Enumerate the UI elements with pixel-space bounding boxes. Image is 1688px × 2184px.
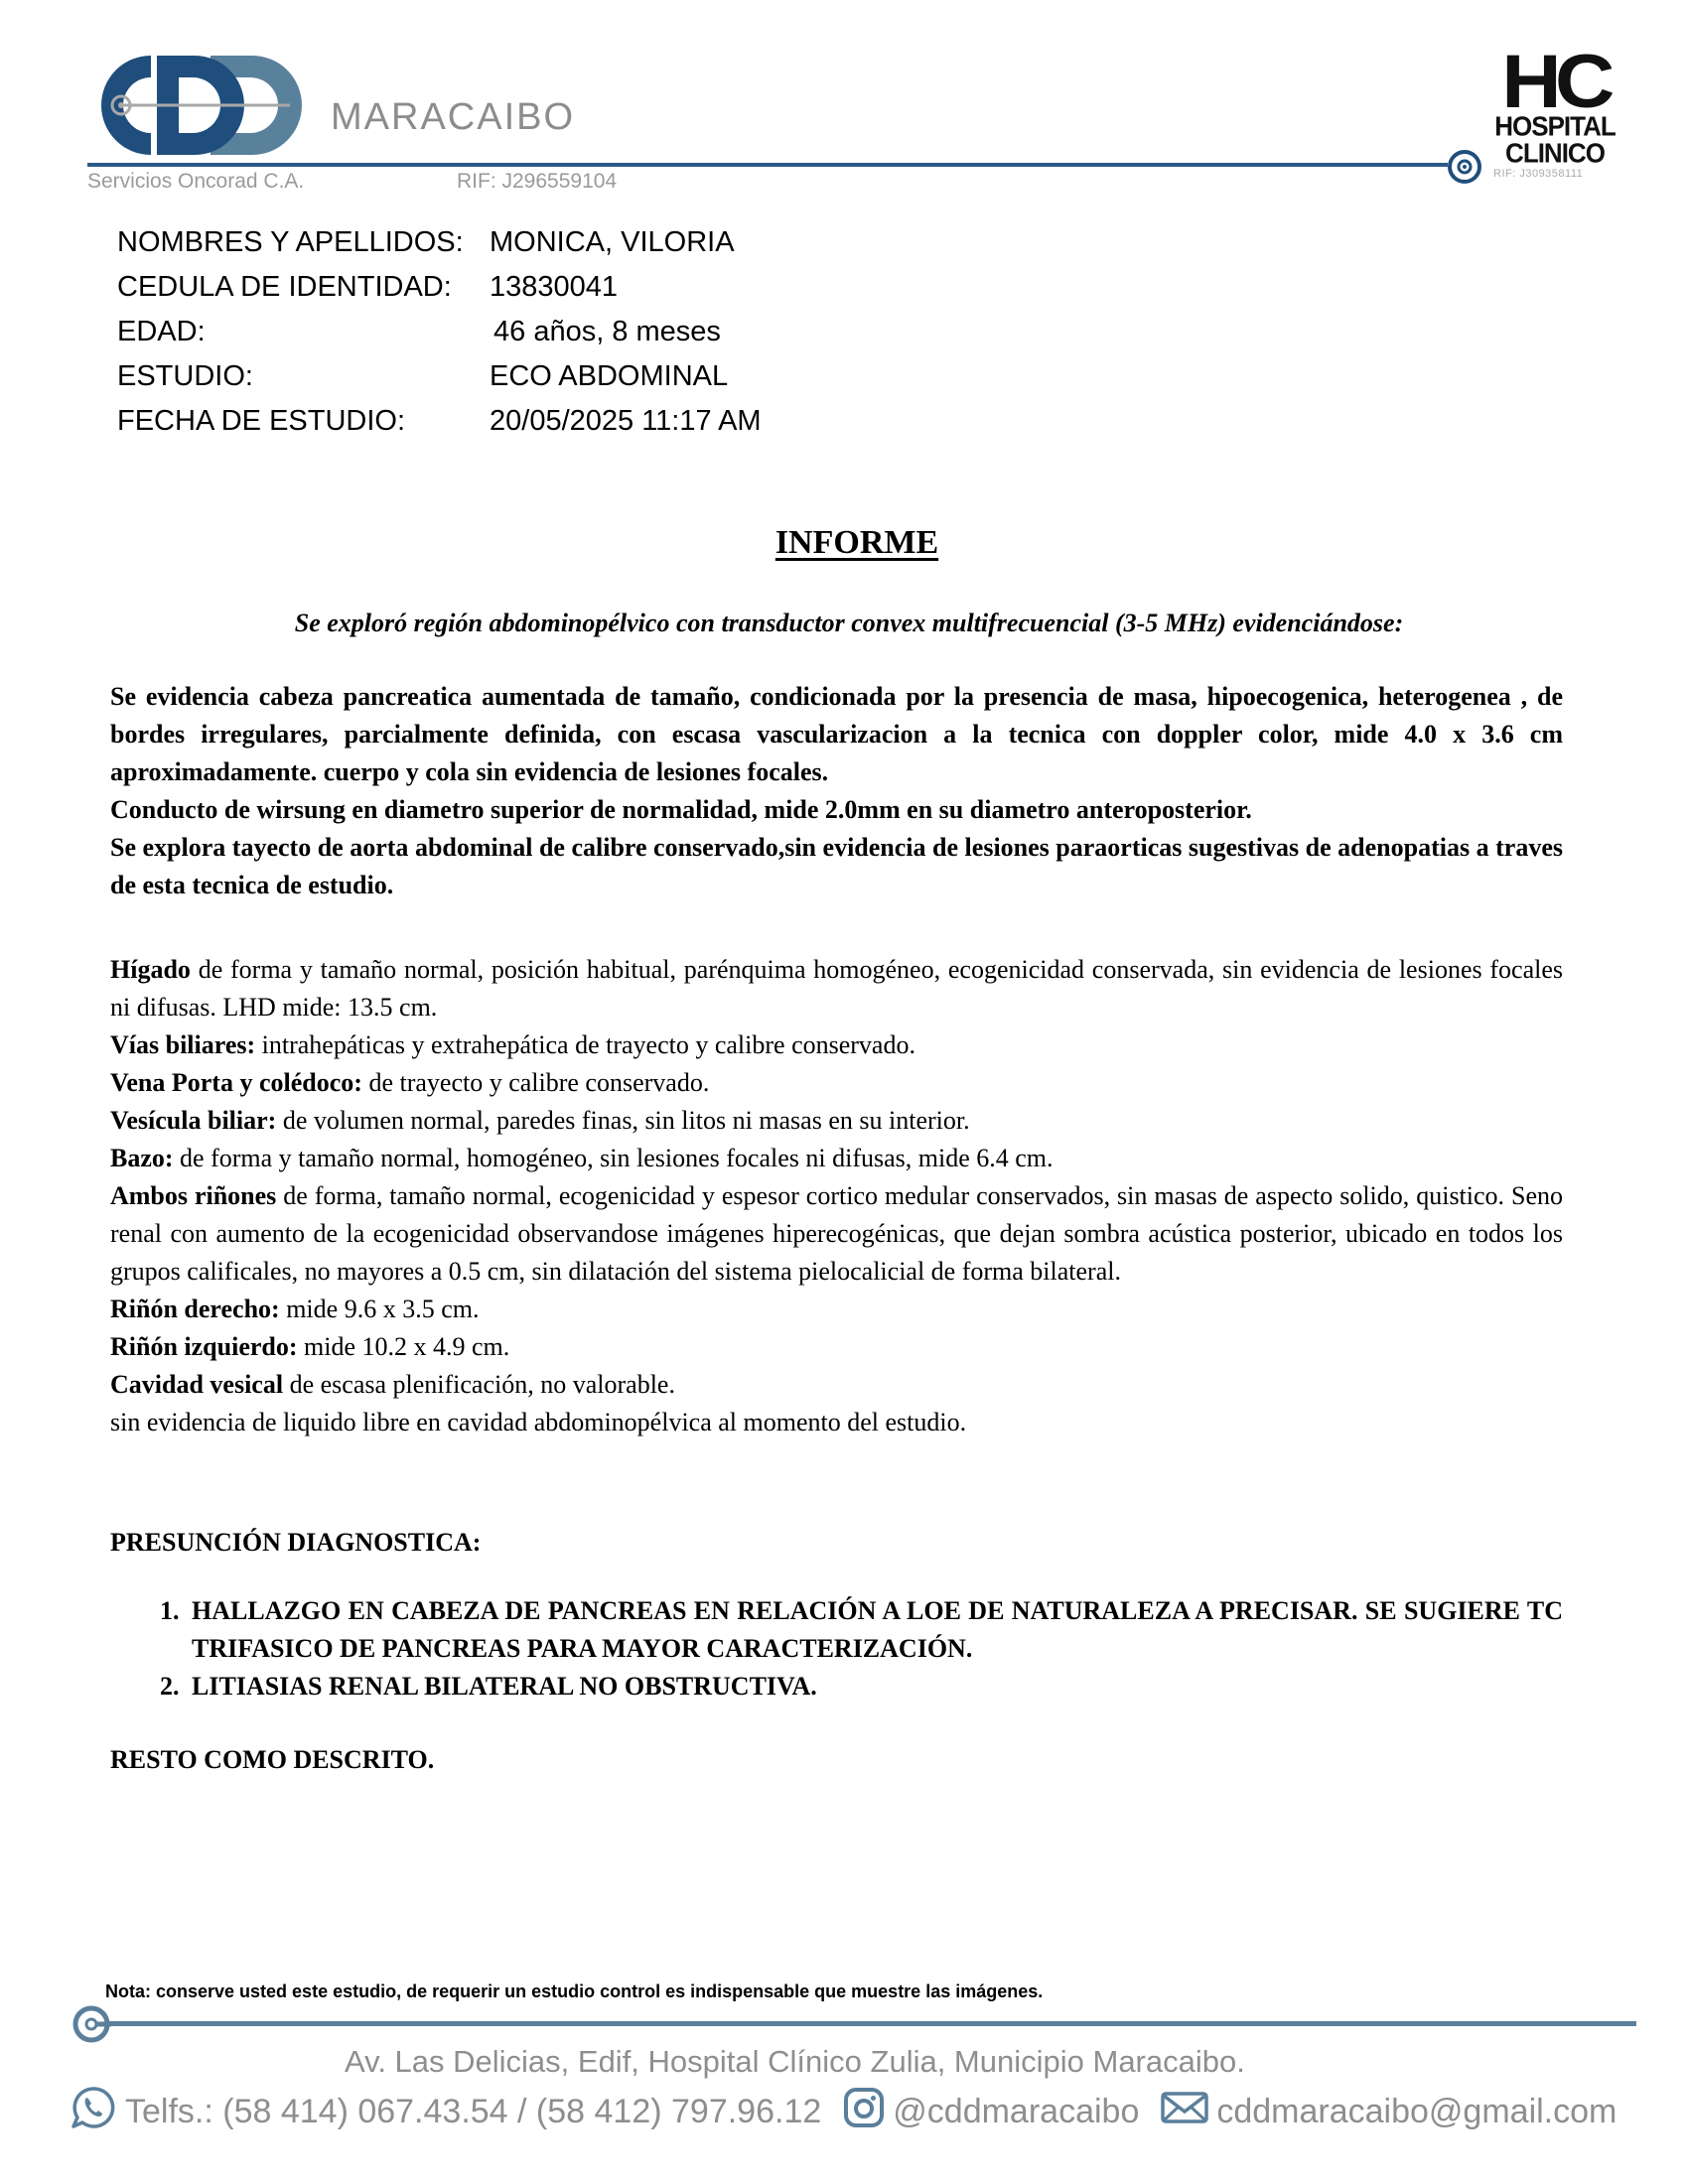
company-name: Servicios Oncorad C.A.: [87, 171, 304, 192]
study-type: ECO ABDOMINAL: [490, 362, 728, 391]
patient-name: MONICA, VILORIA: [490, 228, 735, 257]
diagnosis-item: 2. LITIASIAS RENAL BILATERAL NO OBSTRUCT…: [110, 1668, 1563, 1706]
organ-text: de forma, tamaño normal, ecogenicidad y …: [110, 1181, 1563, 1286]
brand-city: MARACAIBO: [331, 98, 575, 136]
diagnosis-text: HALLAZGO EN CABEZA DE PANCREAS EN RELACI…: [192, 1596, 1563, 1663]
organ-term: Bazo:: [110, 1144, 174, 1172]
organ-term: Cavidad vesical: [110, 1370, 283, 1399]
footer-instagram[interactable]: @cddmaracaibo: [893, 2093, 1139, 2131]
diagnosis-text: LITIASIAS RENAL BILATERAL NO OBSTRUCTIVA…: [192, 1672, 817, 1701]
diagnosis-title: PRESUNCIÓN DIAGNOSTICA:: [110, 1524, 481, 1562]
instagram-icon: [843, 2087, 885, 2137]
cdd-logo-mark: [91, 52, 320, 159]
target-icon: [71, 2004, 111, 2044]
finding-paragraph: Se evidencia cabeza pancreatica aumentad…: [110, 678, 1563, 791]
patient-age: 46 años, 8 meses: [493, 318, 721, 346]
mail-icon: [1161, 2092, 1208, 2132]
organ-left-kidney: Riñón izquierdo: mide 10.2 x 4.9 cm.: [110, 1328, 1563, 1366]
finding-paragraph: Conducto de wirsung en diametro superior…: [110, 791, 1563, 829]
organ-gallbladder: Vesícula biliar: de volumen normal, pare…: [110, 1102, 1563, 1140]
field-label: EDAD:: [117, 318, 206, 346]
organ-term: Vías biliares:: [110, 1030, 255, 1059]
organ-spleen: Bazo: de forma y tamaño normal, homogéne…: [110, 1140, 1563, 1177]
report-title: INFORME: [0, 526, 1688, 560]
hc-logo-mark: HC: [1482, 50, 1626, 113]
hospital-clinico-logo: HC HOSPITAL CLINICO RIF: J309358111: [1489, 50, 1620, 180]
organ-text: de trayecto y calibre conservado.: [362, 1068, 709, 1097]
organ-text: de forma y tamaño normal, homogéneo, sin…: [174, 1144, 1054, 1172]
organ-text: mide 10.2 x 4.9 cm.: [298, 1332, 510, 1361]
footer-address: Av. Las Delicias, Edif, Hospital Clínico…: [345, 2046, 1245, 2077]
report-intro: Se exploró región abdominopélvico con tr…: [99, 611, 1599, 636]
organ-portal-vein: Vena Porta y colédoco: de trayecto y cal…: [110, 1064, 1563, 1102]
report-closing: RESTO COMO DESCRITO.: [110, 1741, 434, 1779]
footer-email[interactable]: cddmaracaibo@gmail.com: [1216, 2093, 1617, 2131]
organ-term: Vesícula biliar:: [110, 1106, 276, 1135]
organ-text: mide 9.6 x 3.5 cm.: [280, 1295, 480, 1323]
cdd-logo: [91, 52, 320, 159]
field-label: CEDULA DE IDENTIDAD:: [117, 273, 452, 302]
organ-term: Riñón izquierdo:: [110, 1332, 298, 1361]
organ-term: Ambos riñones: [110, 1181, 276, 1210]
diagnosis-item: 1. HALLAZGO EN CABEZA DE PANCREAS EN REL…: [110, 1592, 1563, 1668]
footer-phones: Telfs.: (58 414) 067.43.54 / (58 412) 79…: [125, 2093, 821, 2131]
organ-liver: Hígado de forma y tamaño normal, posició…: [110, 951, 1563, 1026]
finding-paragraph: Se explora tayecto de aorta abdominal de…: [110, 829, 1563, 904]
organ-term: Riñón derecho:: [110, 1295, 280, 1323]
field-label: NOMBRES Y APELLIDOS:: [117, 228, 464, 257]
footer-divider: [99, 2021, 1636, 2026]
pancreas-findings: Se evidencia cabeza pancreatica aumentad…: [110, 678, 1563, 904]
hc-logo-line2: CLINICO: [1489, 139, 1620, 167]
organ-kidneys: Ambos riñones de forma, tamaño normal, e…: [110, 1177, 1563, 1291]
organ-findings: Hígado de forma y tamaño normal, posició…: [110, 951, 1563, 1441]
study-date: 20/05/2025 11:17 AM: [490, 407, 762, 436]
company-rif: RIF: J296559104: [457, 171, 617, 192]
organ-term: Hígado: [110, 955, 191, 984]
organ-text: de forma y tamaño normal, posición habit…: [110, 955, 1563, 1022]
diagnosis-number: 1.: [160, 1592, 180, 1630]
organ-bile-ducts: Vías biliares: intrahepáticas y extrahep…: [110, 1026, 1563, 1064]
organ-text: de escasa plenificación, no valorable.: [283, 1370, 675, 1399]
diagnosis-list: 1. HALLAZGO EN CABEZA DE PANCREAS EN REL…: [110, 1592, 1563, 1706]
free-fluid-note: sin evidencia de liquido libre en cavida…: [110, 1404, 1563, 1441]
footer-contacts: Telfs.: (58 414) 067.43.54 / (58 412) 79…: [70, 2089, 1617, 2134]
organ-text: de volumen normal, paredes finas, sin li…: [276, 1106, 969, 1135]
footer-note: Nota: conserve usted este estudio, de re…: [105, 1982, 1043, 2000]
organ-text: intrahepáticas y extrahepática de trayec…: [255, 1030, 915, 1059]
whatsapp-icon: [70, 2085, 117, 2139]
organ-right-kidney: Riñón derecho: mide 9.6 x 3.5 cm.: [110, 1291, 1563, 1328]
patient-id: 13830041: [490, 273, 618, 302]
target-icon: [1446, 148, 1483, 186]
header-divider: [87, 163, 1448, 167]
organ-text: sin evidencia de liquido libre en cavida…: [110, 1408, 966, 1436]
field-label: ESTUDIO:: [117, 362, 253, 391]
organ-bladder: Cavidad vesical de escasa plenificación,…: [110, 1366, 1563, 1404]
organ-term: Vena Porta y colédoco:: [110, 1068, 362, 1097]
diagnosis-number: 2.: [160, 1668, 180, 1706]
report-title-text: INFORME: [775, 524, 938, 561]
field-label: FECHA DE ESTUDIO:: [117, 407, 405, 436]
hc-logo-rif: RIF: J309358111: [1489, 169, 1620, 180]
